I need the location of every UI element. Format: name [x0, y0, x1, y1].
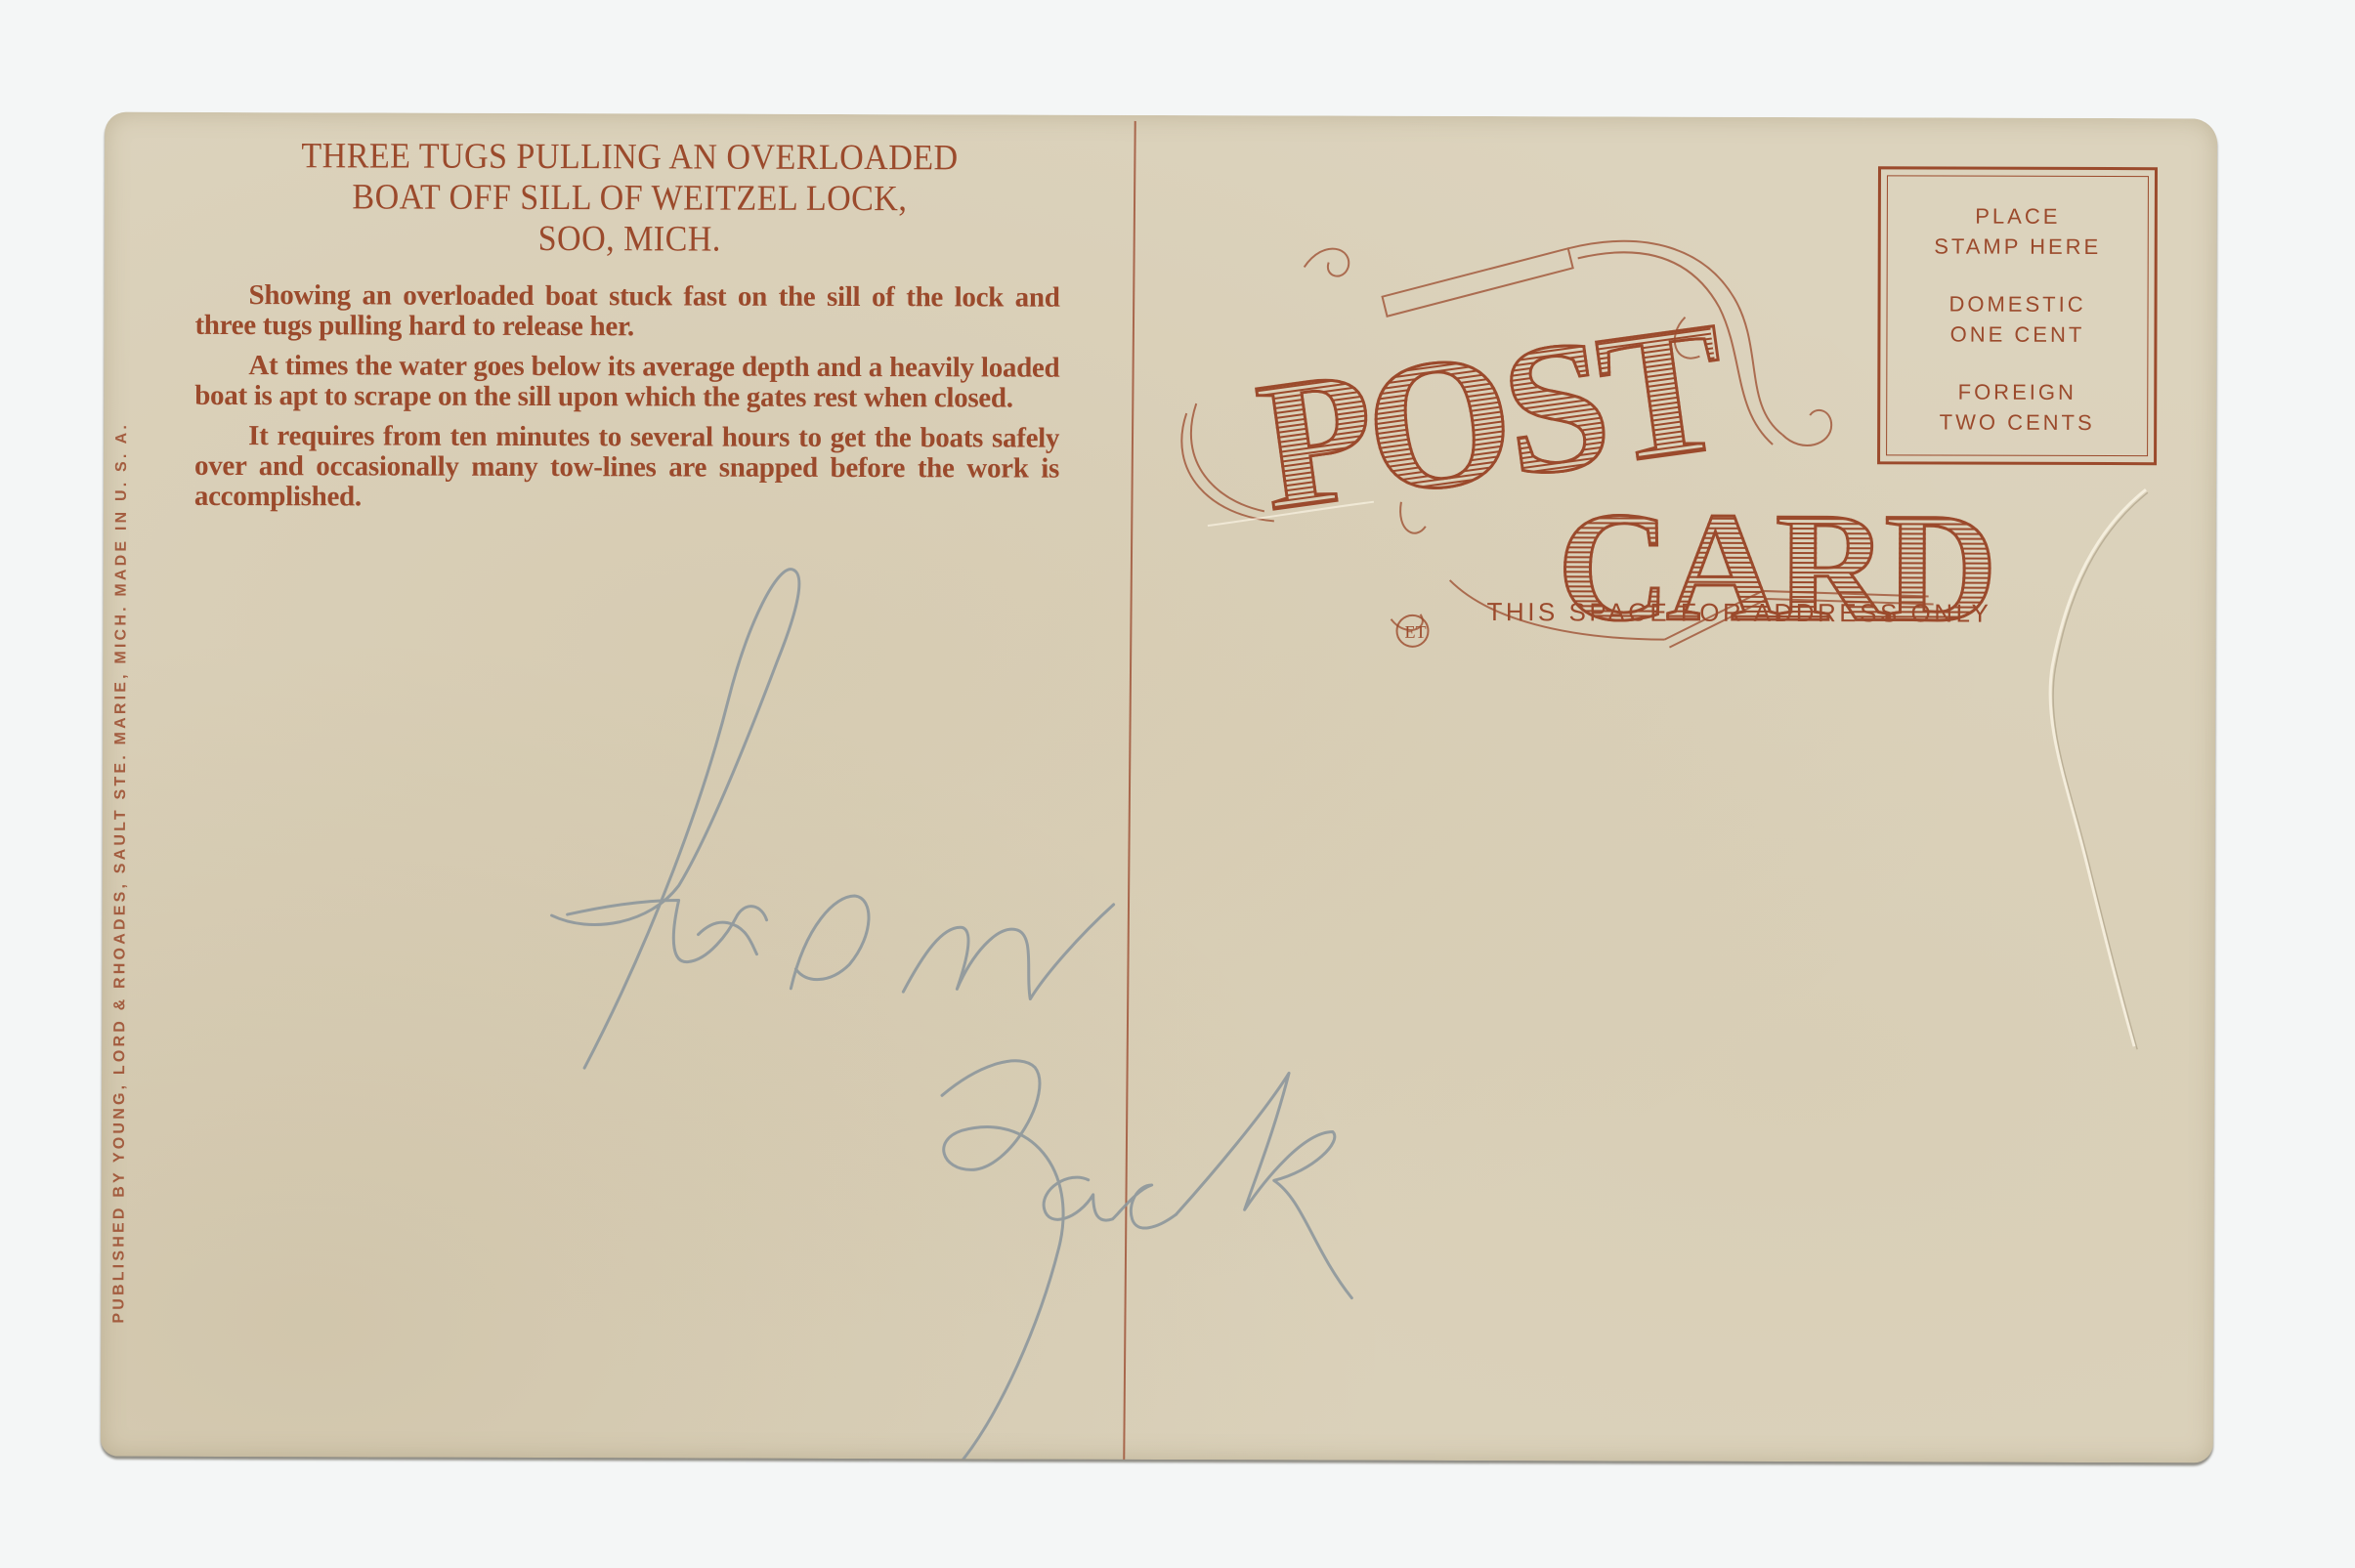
caption-paragraph: Showing an overloaded boat stuck fast on… — [194, 280, 1059, 344]
caption-title-line: SOO, MICH. — [232, 218, 1027, 262]
publisher-imprint: PUBLISHED BY YOUNG, LORD & RHOADES, SAUL… — [110, 220, 132, 1324]
stamp-text: ONE CENT — [1880, 318, 2154, 350]
stamp-foreign-rate: FOREIGN TWO CENTS — [1880, 376, 2154, 438]
stamp-box: PLACE STAMP HERE DOMESTIC ONE CENT FOREI… — [1877, 166, 2158, 465]
stamp-domestic-rate: DOMESTIC ONE CENT — [1880, 288, 2154, 350]
caption-paragraph: At times the water goes below its averag… — [194, 351, 1059, 414]
stamp-text: FOREIGN — [1880, 376, 2154, 407]
caption-paragraph: It requires from ten minutes to several … — [194, 421, 1059, 515]
stamp-instruction: PLACE STAMP HERE — [1881, 200, 2155, 262]
logo-monogram: ET — [1404, 622, 1426, 642]
caption-body: Showing an overloaded boat stuck fast on… — [194, 280, 1060, 525]
center-divider-line — [1123, 121, 1135, 1460]
stamp-text: TWO CENTS — [1880, 406, 2154, 438]
postcard-back: THREE TUGS PULLING AN OVERLOADED BOAT OF… — [101, 112, 2217, 1463]
caption-title: THREE TUGS PULLING AN OVERLOADED BOAT OF… — [232, 136, 1028, 262]
stamp-text: PLACE — [1881, 200, 2155, 232]
stamp-text: DOMESTIC — [1881, 288, 2155, 319]
stamp-text: STAMP HERE — [1881, 231, 2155, 262]
caption-title-line: THREE TUGS PULLING AN OVERLOADED — [232, 136, 1027, 180]
caption-title-line: BOAT OFF SILL OF WEITZEL LOCK, — [232, 177, 1027, 221]
address-space-label: THIS SPACE FOR ADDRESS ONLY — [1487, 597, 1992, 629]
